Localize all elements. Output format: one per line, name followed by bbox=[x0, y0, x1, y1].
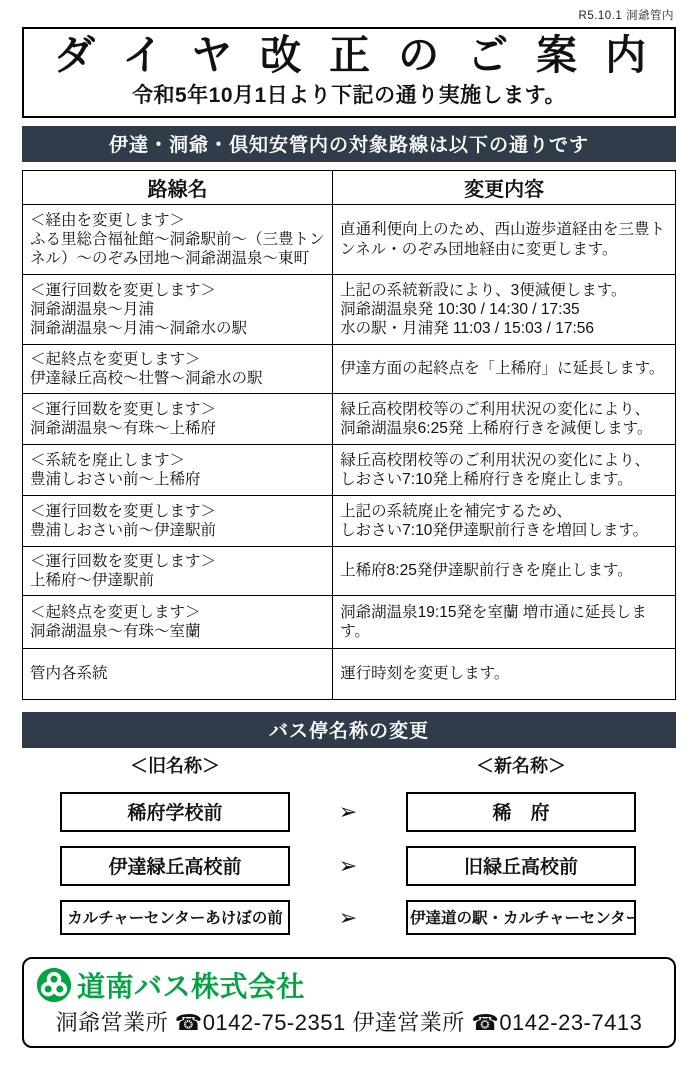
change-cell: 上記の系統廃止を補完するため、 しおさい7:10発伊達駅前行きを増回します。 bbox=[333, 496, 676, 547]
donan-bus-logo-icon bbox=[36, 967, 72, 1003]
rename-row: カルチャーセンターあけぼの前 ➢ 伊達道の駅・カルチャーセンター bbox=[22, 900, 676, 935]
office-phone-numbers: 洞爺営業所 ☎0142-75-2351 伊達営業所 ☎0142-23-7413 bbox=[36, 1006, 662, 1037]
route-cell: ＜運行回数を変更します＞ 上稀府～伊達駅前 bbox=[23, 547, 333, 596]
new-stop-name: 稀 府 bbox=[406, 792, 636, 832]
table-row: 管内各系統 運行時刻を変更します。 bbox=[23, 649, 676, 700]
footer-contact-box: 道南バス株式会社 洞爺営業所 ☎0142-75-2351 伊達営業所 ☎0142… bbox=[22, 957, 676, 1048]
routes-section-banner: 伊達・洞爺・倶知安管内の対象路線は以下の通りです bbox=[22, 126, 676, 162]
route-cell: ＜系統を廃止します＞ 豊浦しおさい前～上稀府 bbox=[23, 445, 333, 496]
arrow-right-icon: ➢ bbox=[290, 907, 406, 929]
rename-section-banner: バス停名称の変更 bbox=[22, 712, 676, 748]
change-cell: 緑丘高校閉校等のご利用状況の変化により、 洞爺湖温泉6:25発 上稀府行きを減便… bbox=[333, 394, 676, 445]
change-cell: 洞爺湖温泉19:15発を室蘭 増市通に延長しま す。 bbox=[333, 596, 676, 649]
arrow-right-icon: ➢ bbox=[290, 801, 406, 823]
brand-line: 道南バス株式会社 bbox=[36, 965, 662, 1005]
table-row: ＜運行回数を変更します＞ 上稀府～伊達駅前 上稀府8:25発伊達駅前行きを廃止し… bbox=[23, 547, 676, 596]
table-row: ＜起終点を変更します＞ 伊達緑丘高校～壮瞥～洞爺水の駅 伊達方面の起終点を「上稀… bbox=[23, 345, 676, 394]
title-box: ダイヤ改正のご案内 令和5年10月1日より下記の通り実施します。 bbox=[22, 27, 676, 118]
route-cell: ＜起終点を変更します＞ 洞爺湖温泉～有珠～室蘭 bbox=[23, 596, 333, 649]
change-cell: 運行時刻を変更します。 bbox=[333, 649, 676, 700]
route-cell: ＜経由を変更します＞ ふる里総合福祉館～洞爺駅前～（三豊トンネル）～のぞみ団地～… bbox=[23, 205, 333, 275]
rename-row: 稀府学校前 ➢ 稀 府 bbox=[22, 792, 676, 832]
route-cell: 管内各系統 bbox=[23, 649, 333, 700]
old-stop-name: カルチャーセンターあけぼの前 bbox=[60, 900, 290, 935]
change-cell: 直通利便向上のため、西山遊歩道経由を三豊トンネル・のぞみ団地経由に変更します。 bbox=[333, 205, 676, 275]
route-cell: ＜運行回数を変更します＞ 洞爺湖温泉～有珠～上稀府 bbox=[23, 394, 333, 445]
old-name-label: ＜旧名称＞ bbox=[60, 752, 290, 778]
rename-labels-row: ＜旧名称＞ ＜新名称＞ bbox=[22, 752, 676, 778]
new-stop-name: 伊達道の駅・カルチャーセンター bbox=[406, 900, 636, 935]
change-cell: 上記の系統新設により、3便減便します。 洞爺湖温泉発 10:30 / 14:30… bbox=[333, 275, 676, 345]
old-stop-name: 稀府学校前 bbox=[60, 792, 290, 832]
change-cell: 上稀府8:25発伊達駅前行きを廃止します。 bbox=[333, 547, 676, 596]
table-row: ＜経由を変更します＞ ふる里総合福祉館～洞爺駅前～（三豊トンネル）～のぞみ団地～… bbox=[23, 205, 676, 275]
table-row: ＜運行回数を変更します＞ 洞爺湖温泉～月浦 洞爺湖温泉～月浦～洞爺水の駅 上記の… bbox=[23, 275, 676, 345]
change-cell: 緑丘高校閉校等のご利用状況の変化により、 しおさい7:10発上稀府行きを廃止しま… bbox=[333, 445, 676, 496]
table-row: ＜系統を廃止します＞ 豊浦しおさい前～上稀府 緑丘高校閉校等のご利用状況の変化に… bbox=[23, 445, 676, 496]
arrow-right-icon: ➢ bbox=[290, 855, 406, 877]
route-cell: ＜運行回数を変更します＞ 豊浦しおさい前～伊達駅前 bbox=[23, 496, 333, 547]
route-cell: ＜起終点を変更します＞ 伊達緑丘高校～壮瞥～洞爺水の駅 bbox=[23, 345, 333, 394]
rename-row: 伊達緑丘高校前 ➢ 旧緑丘高校前 bbox=[22, 846, 676, 886]
company-name: 道南バス株式会社 bbox=[77, 965, 305, 1005]
page-title: ダイヤ改正のご案内 bbox=[30, 33, 668, 78]
notice-page: R5.10.1 洞爺管内 ダイヤ改正のご案内 令和5年10月1日より下記の通り実… bbox=[0, 0, 698, 1068]
route-cell: ＜運行回数を変更します＞ 洞爺湖温泉～月浦 洞爺湖温泉～月浦～洞爺水の駅 bbox=[23, 275, 333, 345]
revision-date-note: R5.10.1 洞爺管内 bbox=[22, 4, 676, 27]
new-name-label: ＜新名称＞ bbox=[406, 752, 636, 778]
page-subtitle: 令和5年10月1日より下記の通り実施します。 bbox=[30, 79, 668, 109]
change-cell: 伊達方面の起終点を「上稀府」に延長します。 bbox=[333, 345, 676, 394]
routes-table: 路線名 変更内容 ＜経由を変更します＞ ふる里総合福祉館～洞爺駅前～（三豊トンネ… bbox=[22, 170, 676, 700]
column-header-change: 変更内容 bbox=[333, 171, 676, 205]
table-row: ＜運行回数を変更します＞ 洞爺湖温泉～有珠～上稀府 緑丘高校閉校等のご利用状況の… bbox=[23, 394, 676, 445]
column-header-route: 路線名 bbox=[23, 171, 333, 205]
table-row: ＜起終点を変更します＞ 洞爺湖温泉～有珠～室蘭 洞爺湖温泉19:15発を室蘭 増… bbox=[23, 596, 676, 649]
old-stop-name: 伊達緑丘高校前 bbox=[60, 846, 290, 886]
new-stop-name: 旧緑丘高校前 bbox=[406, 846, 636, 886]
table-row: ＜運行回数を変更します＞ 豊浦しおさい前～伊達駅前 上記の系統廃止を補完するため… bbox=[23, 496, 676, 547]
